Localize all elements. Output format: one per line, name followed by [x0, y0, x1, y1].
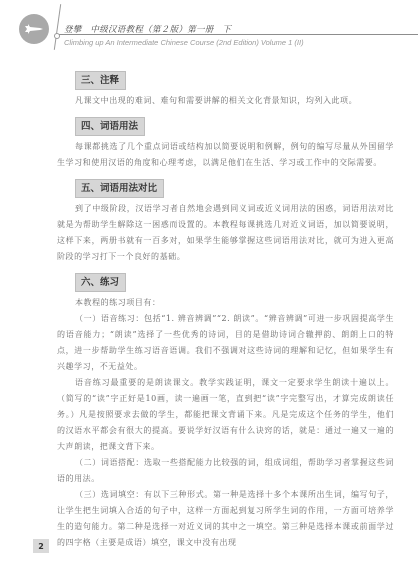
header-divider-slash — [54, 4, 61, 50]
section-notes: 三、注释 凡课文中出现的难词、难句和需要讲解的相关文化背景知识，均列入此项。 — [57, 68, 394, 109]
section-usage-comparison: 五、词语用法对比 到了中级阶段，汉语学习者自然地会遇到同义词或近义词用法的困惑，… — [57, 176, 394, 265]
section-exercises: 六、练习 本教程的练习项目有： （一）语音练习：包括“1. 辨音辨调”“2. 朗… — [57, 270, 394, 551]
book-title-chinese: 登攀 中级汉语教程（第２版）第一册 下 — [64, 23, 231, 35]
header-rule-node — [54, 33, 60, 39]
paragraph: （三）选词填空：有以下三种形式。第一种是选择十多个本课所出生词，编写句子，让学生… — [57, 487, 394, 551]
paragraph: 语音练习最重要的是朗读课文。教学实践证明，课文一定要求学生朗读十遍以上。（简写的… — [57, 375, 394, 455]
paragraph: 凡课文中出现的难词、难句和需要讲解的相关文化背景知识，均列入此项。 — [57, 93, 394, 109]
section-word-usage: 四、词语用法 每课都挑选了几个重点词语或结构加以简要说明和例解，例句的编写尽量从… — [57, 114, 394, 171]
page-header: 登攀 中级汉语教程（第２版）第一册 下 Climbing up An Inter… — [0, 0, 418, 60]
section-heading: 六、练习 — [75, 273, 126, 292]
book-title-english: Climbing up An Intermediate Chinese Cour… — [64, 38, 304, 47]
paragraph: （二）词语搭配：选取一些搭配能力比较强的词，组成词组，帮助学习者掌握这些词语的用… — [57, 455, 394, 487]
section-heading: 五、词语用法对比 — [75, 179, 164, 198]
page-number: 2 — [33, 539, 49, 553]
page-body: 三、注释 凡课文中出现的难词、难句和需要讲解的相关文化背景知识，均列入此项。 四… — [57, 68, 394, 551]
paragraph: 每课都挑选了几个重点词语或结构加以简要说明和例解，例句的编写尽量从外国留学生学习… — [57, 139, 394, 171]
section-heading: 三、注释 — [75, 71, 126, 90]
paragraph: 到了中级阶段，汉语学习者自然地会遇到同义词或近义词用法的困惑，词语用法对比就是为… — [57, 201, 394, 265]
paragraph: 本教程的练习项目有： — [57, 295, 394, 311]
section-heading: 四、词语用法 — [75, 117, 145, 136]
pen-nib-icon — [19, 14, 49, 44]
paragraph: （一）语音练习：包括“1. 辨音辨调”“2. 朗读”。“辨音辨调”可进一步巩固提… — [57, 311, 394, 375]
